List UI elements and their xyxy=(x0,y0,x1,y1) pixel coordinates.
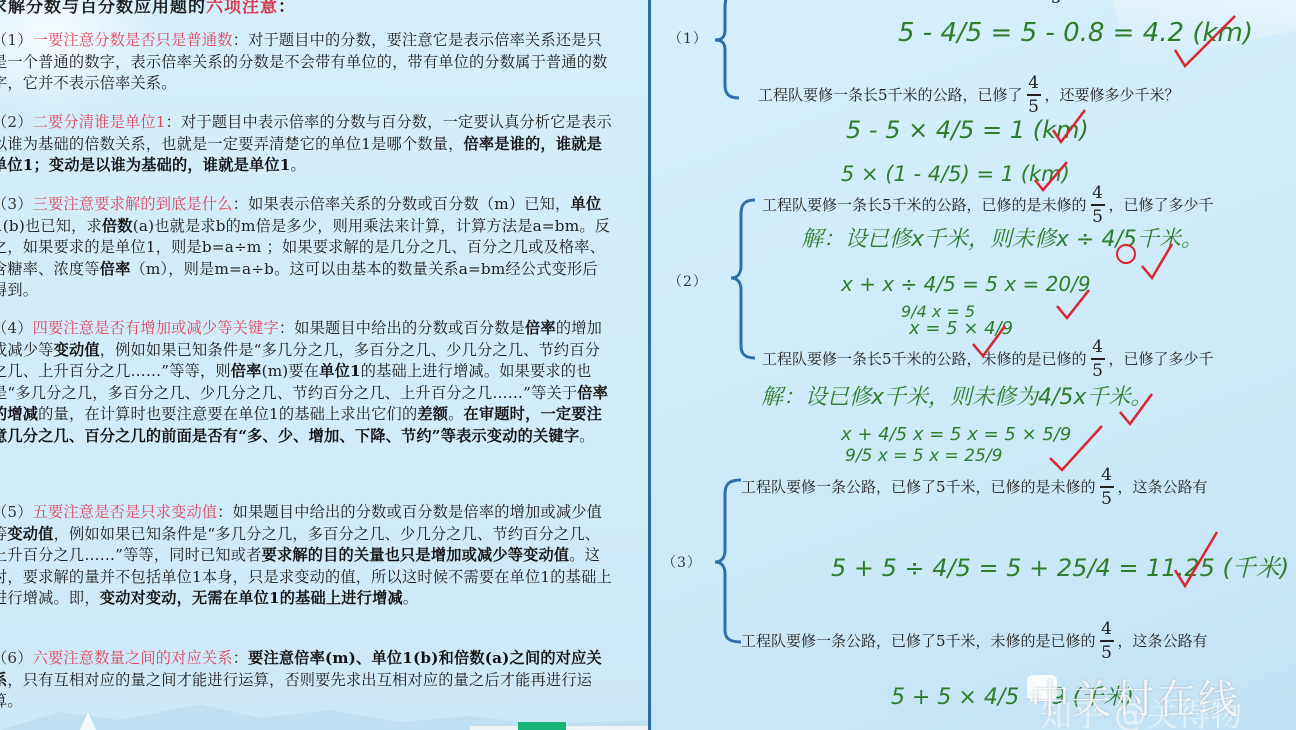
note-text: 。 xyxy=(579,427,594,445)
denominator: 5 xyxy=(1092,362,1103,380)
note-2: （2）二要分清谁是单位1：对于题目中表示倍率的分数与百分数，一定要认真分析它是表… xyxy=(0,112,612,177)
fraction-fragment: 5 xyxy=(1051,0,1061,7)
fraction: 45 xyxy=(1091,338,1105,380)
denominator: 5 xyxy=(1101,644,1112,662)
note-3: （3）三要注意要求解的到底是什么：如果表示倍率关系的分数或百分数（m）已知，单位… xyxy=(0,194,612,302)
group-label-3: （3） xyxy=(662,552,702,572)
note-text: 的量，在计算时也要注意要在单位1的基础上求出它们的 xyxy=(38,405,417,423)
title-prefix: 求解分数与百分数应用题的 xyxy=(0,0,206,17)
note-heading: 一要注意分数是否只是普通数 xyxy=(33,31,233,49)
numerator: 4 xyxy=(1101,620,1112,638)
note-bold: 变动值 xyxy=(7,525,53,543)
note-text: (m)要在 xyxy=(262,362,320,380)
group-label-2: （2） xyxy=(668,271,708,291)
note-bold: 要求解的目的关量也只是增加或减少等变动值 xyxy=(262,546,570,564)
examples-panel: （1） 5 5 - 4/5 = 5 - 0.8 = 4.2 (km) 工程队要修… xyxy=(651,0,1296,730)
numerator: 4 xyxy=(1028,74,1039,92)
green-tab xyxy=(518,722,566,730)
note-bold: 变动值 xyxy=(54,341,100,359)
question-2b: 工程队要修一条长5千米的公路，未修的是已修的 45 ，已修了多少千 xyxy=(762,338,1214,380)
question-3b: 工程队要修一条公路，已修了5千米，未修的是已修的 45 ，这条公路有 xyxy=(741,620,1208,662)
check-mark-icon xyxy=(1116,392,1156,432)
note-text: 。 xyxy=(403,589,418,607)
note-bold: 变动对变动，无需在单位1的基础上进行增减 xyxy=(100,589,403,607)
note-number: （5） xyxy=(0,503,33,521)
note-bold: 倍率 xyxy=(525,319,556,337)
note-4: （4）四要注意是否有增加或减少等关键字：如果题目中给出的分数或百分数是倍率的增加… xyxy=(0,318,612,448)
note-text: ：如果题目中给出的分数或百分数是 xyxy=(279,319,525,337)
question-3a: 工程队要修一条公路，已修了5千米，已修的是未修的 45 ，这条公路有 xyxy=(741,466,1208,508)
question-text: ，这条公路有 xyxy=(1118,476,1208,497)
note-number: （3） xyxy=(0,195,33,213)
numerator: 4 xyxy=(1092,338,1103,356)
note-5: （5）五要注意是否是只求变动值：如果题目中给出的分数或百分数是倍率的增加或减少值… xyxy=(0,502,612,610)
note-number: （1） xyxy=(0,31,33,49)
note-1: （1）一要注意分数是否只是普通数：对于题目中的分数，要注意它是表示倍率关系还是只… xyxy=(0,30,612,95)
question-text: 工程队要修一条长5千米的公路，已修的是未修的 xyxy=(762,194,1087,215)
fraction-bar xyxy=(1091,358,1105,360)
brace-icon xyxy=(705,474,745,646)
fraction-bar xyxy=(1100,640,1114,642)
check-mark-icon xyxy=(1053,288,1093,324)
numerator: 4 xyxy=(1101,466,1112,484)
brace-icon xyxy=(721,196,761,361)
note-bold: 倍数 xyxy=(102,217,133,235)
note-heading: 四要注意是否有增加或减少等关键字 xyxy=(33,319,279,337)
fraction-bar xyxy=(1100,486,1114,488)
question-2a: 工程队要修一条长5千米的公路，已修的是未修的 45 ，已修了多少千 xyxy=(762,184,1214,226)
question-text: 工程队要修一条长5千米的公路，未修的是已修的 xyxy=(762,348,1087,369)
fraction: 45 xyxy=(1091,184,1105,226)
handwritten-solution: 解：设已修x千米，则未修为4/5x千米。 xyxy=(761,380,1152,411)
tips-panel: 求解分数与百分数应用题的六项注意： （1）一要注意分数是否只是普通数：对于题目中… xyxy=(0,0,648,730)
note-bold: 倍率 xyxy=(100,260,131,278)
question-text: ，这条公路有 xyxy=(1118,630,1208,651)
check-mark-icon xyxy=(1116,236,1176,286)
title-highlight: 六项注意 xyxy=(206,0,278,17)
denominator: 5 xyxy=(1101,490,1112,508)
check-mark-icon xyxy=(1171,530,1221,590)
note-heading: 三要注意要求解的到底是什么 xyxy=(33,195,233,213)
question-text: 工程队要修一条公路，已修了5千米，未修的是已修的 xyxy=(741,630,1096,651)
question-text: 工程队要修一条长5千米的公路，已修了 xyxy=(758,84,1023,105)
check-mark-icon xyxy=(1049,108,1089,148)
note-bold: 差额 xyxy=(417,405,448,423)
note-heading: 二要分清谁是单位1 xyxy=(33,113,166,131)
note-bold: 单位1 xyxy=(319,362,361,380)
question-text: ，还要修多少千米？ xyxy=(1045,84,1180,105)
note-text: ： xyxy=(233,649,248,667)
question-text: ，已修了多少千 xyxy=(1109,348,1214,369)
note-number: （4） xyxy=(0,319,33,337)
note-number: （2） xyxy=(0,113,33,131)
brace-icon xyxy=(705,0,745,105)
note-text: (b)也已知，求 xyxy=(3,217,102,235)
fraction: 45 xyxy=(1100,620,1114,662)
numerator: 4 xyxy=(1092,184,1103,202)
note-bold: 倍率 xyxy=(231,362,262,380)
fraction-bar xyxy=(1027,94,1041,96)
handwritten-solution: 9/5 x = 5 x = 25/9 xyxy=(845,446,1002,466)
denominator: 5 xyxy=(1028,98,1039,116)
check-mark-icon xyxy=(1171,12,1241,72)
question-text: ，已修了多少千 xyxy=(1109,194,1214,215)
title-suffix: ： xyxy=(278,0,296,17)
note-text: 。 xyxy=(448,405,463,423)
fraction: 45 xyxy=(1027,74,1041,116)
note-number: （6） xyxy=(0,649,33,667)
handwritten-solution: x + 4/5 x = 5 x = 5 × 5/9 xyxy=(841,424,1071,445)
group-label-1: （1） xyxy=(668,28,708,48)
note-tail: 。 xyxy=(291,156,306,174)
watermark: 中关村在线 xyxy=(1030,668,1240,725)
fraction: 45 xyxy=(1100,466,1114,508)
question-1: 工程队要修一条长5千米的公路，已修了 45 ，还要修多少千米？ xyxy=(758,74,1180,116)
question-text: 工程队要修一条公路，已修了5千米，已修的是未修的 xyxy=(741,476,1096,497)
note-heading: 六要注意数量之间的对应关系 xyxy=(33,649,233,667)
note-heading: 五要注意是否是只求变动值 xyxy=(33,503,218,521)
note-text: ：如果表示倍率关系的分数或百分数（m）已知， xyxy=(233,195,571,213)
fraction-bar xyxy=(1091,204,1105,206)
page-title: 求解分数与百分数应用题的六项注意： xyxy=(0,0,296,17)
